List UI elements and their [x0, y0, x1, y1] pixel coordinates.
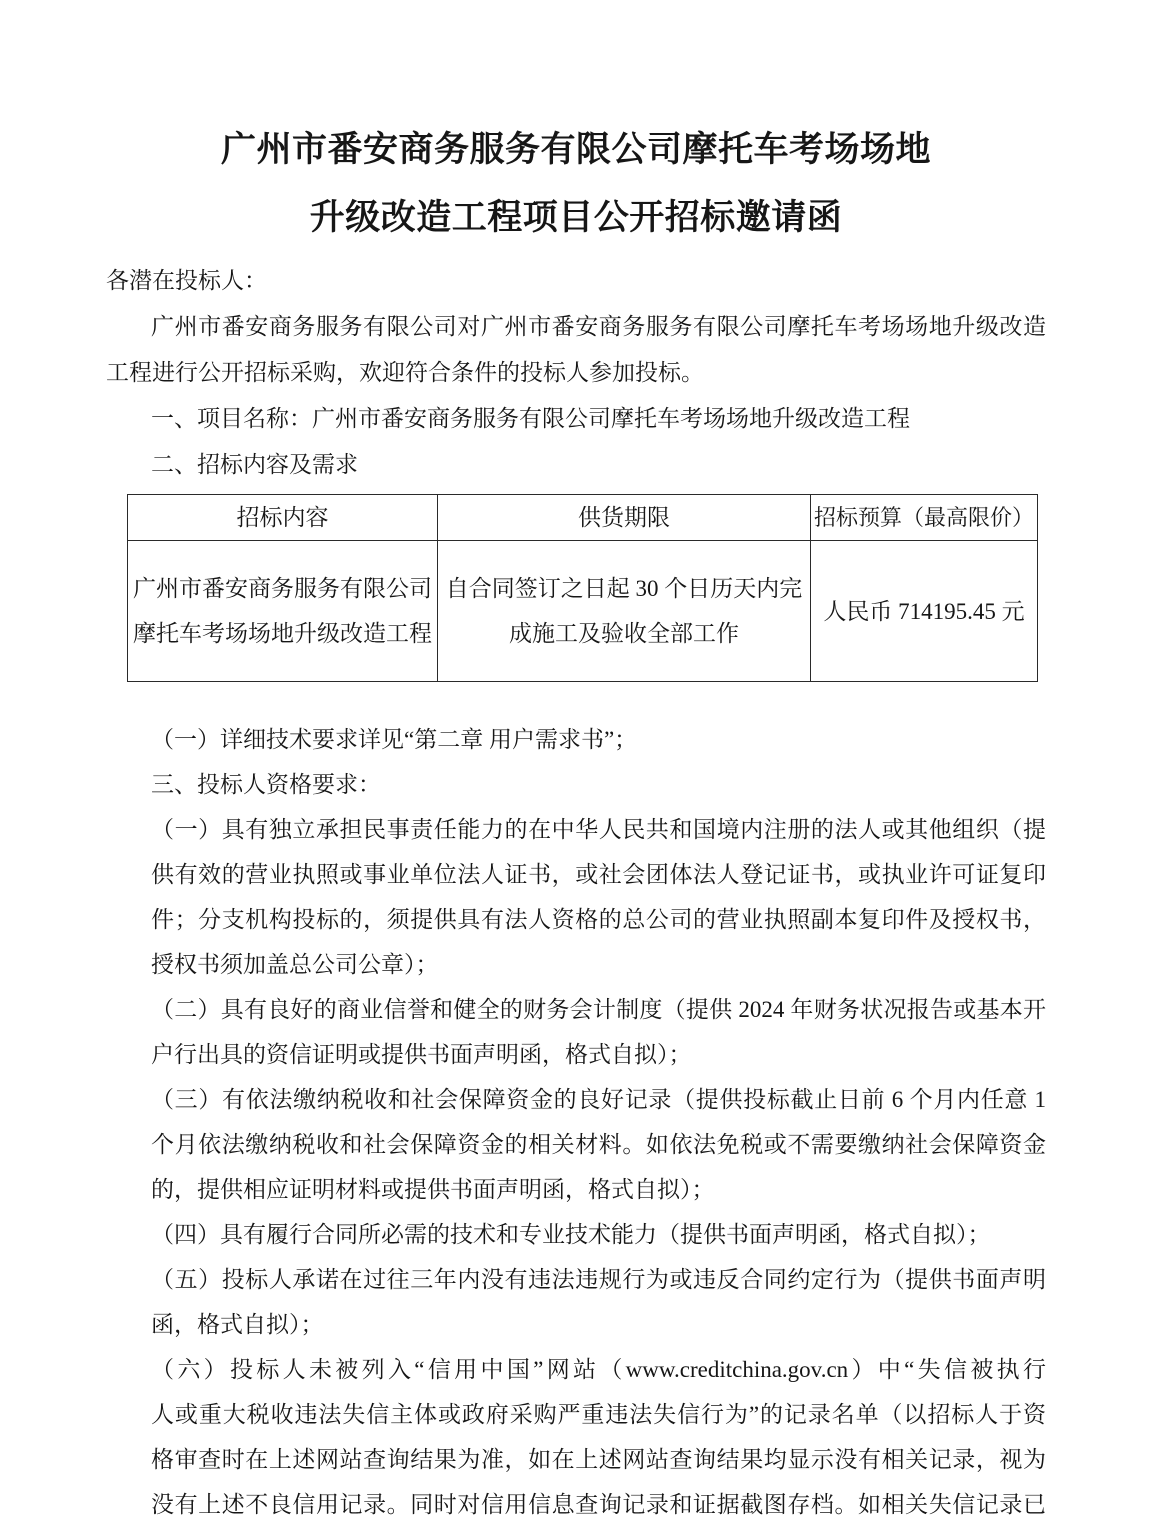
table-cell-period: 自合同签订之日起 30 个日历天内完成施工及验收全部工作 — [438, 541, 811, 682]
requirement-3-line: （三）有依法缴纳税收和社会保障资金的良好记录（提供投标截止日前 6 个月内任意 … — [151, 1077, 1046, 1122]
intro-line: 广州市番安商务服务有限公司对广州市番安商务服务有限公司摩托车考场场地升级改造 — [151, 304, 1046, 350]
section-3-heading: 三、投标人资格要求： — [151, 762, 1046, 807]
requirement-5-line: （五）投标人承诺在过往三年内没有违法违规行为或违反合同约定行为（提供书面声明 — [151, 1257, 1046, 1302]
requirement-2-line: 户行出具的资信证明或提供书面声明函，格式自拟）； — [151, 1032, 1046, 1077]
table-row: 广州市番安商务服务有限公司摩托车考场场地升级改造工程 自合同签订之日起 30 个… — [128, 541, 1038, 682]
pre-table-text: 各潜在投标人：广州市番安商务服务有限公司对广州市番安商务服务有限公司摩托车考场场… — [106, 258, 1046, 488]
requirement-3-line: 个月依法缴纳税收和社会保障资金的相关材料。如依法免税或不需要缴纳社会保障资金 — [151, 1122, 1046, 1167]
requirement-1-line: （一）具有独立承担民事责任能力的在中华人民共和国境内注册的法人或其他组织（提 — [151, 807, 1046, 852]
title-line-1: 广州市番安商务服务有限公司摩托车考场场地 — [106, 116, 1046, 184]
requirement-1-line: 供有效的营业执照或事业单位法人证书，或社会团体法人登记证书，或执业许可证复印 — [151, 852, 1046, 897]
requirement-1-line: 授权书须加盖总公司公章）； — [151, 942, 1046, 987]
requirement-6-line: 没有上述不良信用记录。同时对信用信息查询记录和证据截图存档。如相关失信记录已 — [151, 1482, 1046, 1527]
requirement-4-line: （四）具有履行合同所必需的技术和专业技术能力（提供书面声明函，格式自拟）； — [151, 1212, 1046, 1257]
document-content: 广州市番安商务服务有限公司摩托车考场场地 升级改造工程项目公开招标邀请函 各潜在… — [0, 0, 1158, 1527]
intro-line: 工程进行公开招标采购，欢迎符合条件的投标人参加投标。 — [106, 350, 1046, 396]
salutation-line: 各潜在投标人： — [106, 258, 1046, 304]
tech-requirement-note: （一）详细技术要求详见“第二章 用户需求书”； — [151, 717, 1046, 762]
requirement-1-line: 件；分支机构投标的，须提供具有法人资格的总公司的营业执照副本复印件及授权书， — [151, 897, 1046, 942]
requirement-6-line: （六）投标人未被列入“信用中国”网站（www.creditchina.gov.c… — [151, 1347, 1046, 1392]
section-1-project-name: 一、项目名称：广州市番安商务服务有限公司摩托车考场场地升级改造工程 — [151, 396, 1046, 442]
requirement-3-line: 的，提供相应证明材料或提供书面声明函，格式自拟）； — [151, 1167, 1046, 1212]
requirement-5-line: 函，格式自拟）； — [151, 1302, 1046, 1347]
table-header-period: 供货期限 — [438, 495, 811, 541]
table-header-content: 招标内容 — [128, 495, 438, 541]
title-line-2: 升级改造工程项目公开招标邀请函 — [106, 184, 1046, 252]
document-page: 广州市番安商务服务有限公司摩托车考场场地 升级改造工程项目公开招标邀请函 各潜在… — [0, 0, 1158, 1535]
requirement-2-line: （二）具有良好的商业信誉和健全的财务会计制度（提供 2024 年财务状况报告或基… — [151, 987, 1046, 1032]
table-cell-content: 广州市番安商务服务有限公司摩托车考场场地升级改造工程 — [128, 541, 438, 682]
requirement-6-line: 人或重大税收违法失信主体或政府采购严重违法失信行为”的记录名单（以招标人于资 — [151, 1392, 1046, 1437]
table-cell-budget: 人民币 714195.45 元 — [811, 541, 1038, 682]
document-title: 广州市番安商务服务有限公司摩托车考场场地 升级改造工程项目公开招标邀请函 — [106, 116, 1046, 252]
requirement-6-line: 格审查时在上述网站查询结果为准，如在上述网站查询结果均显示没有相关记录，视为 — [151, 1437, 1046, 1482]
post-table-text: （一）详细技术要求详见“第二章 用户需求书”；三、投标人资格要求：（一）具有独立… — [106, 717, 1046, 1527]
tender-table: 招标内容 供货期限 招标预算（最高限价） 广州市番安商务服务有限公司摩托车考场场… — [127, 494, 1038, 682]
section-2-heading: 二、招标内容及需求 — [151, 442, 1046, 488]
table-header-row: 招标内容 供货期限 招标预算（最高限价） — [128, 495, 1038, 541]
table-header-budget: 招标预算（最高限价） — [811, 495, 1038, 541]
